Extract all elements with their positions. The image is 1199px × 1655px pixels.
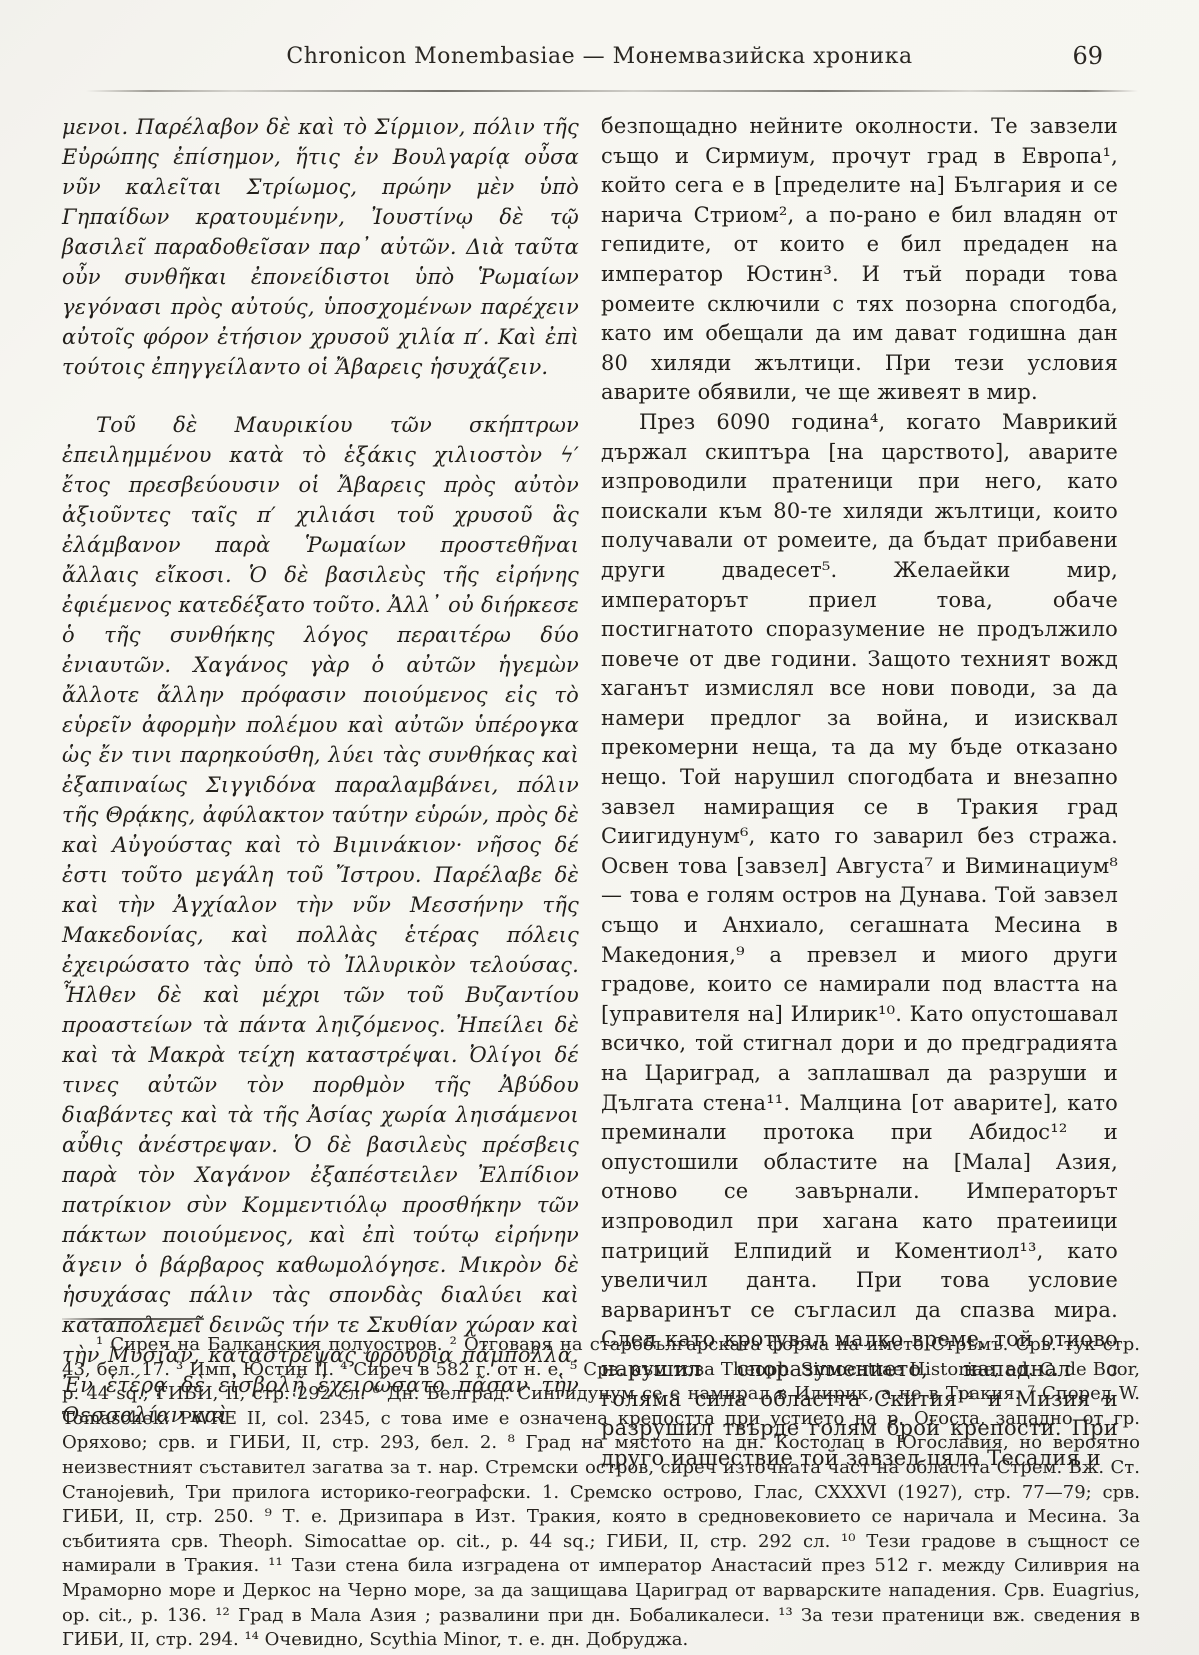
bulgarian-paragraph-2: През 6090 година⁴, когато Маврикий държа… <box>601 408 1118 1473</box>
text-columns: μενοι. Παρέλαβον δὲ καὶ τὸ Σίρμιον, πόλι… <box>62 112 1118 1473</box>
bulgarian-translation-column: безпощадно нейните околности. Те завзели… <box>601 112 1118 1473</box>
footnote-separator <box>62 1318 204 1320</box>
header-rule <box>86 90 1138 92</box>
book-page: Chronicon Monembasiae — Монемвазийска хр… <box>0 0 1199 1655</box>
greek-paragraph-1: μενοι. Παρέλαβον δὲ καὶ τὸ Σίρμιον, πόλι… <box>62 112 579 382</box>
footnotes-block: ¹ Сиреч на Балканския полуостров. ² Отго… <box>62 1333 1140 1653</box>
greek-text-column: μενοι. Παρέλαβον δὲ καὶ τὸ Σίρμιον, πόλι… <box>62 112 579 1473</box>
page-number: 69 <box>1072 42 1103 70</box>
bulgarian-paragraph-1: безпощадно нейните околности. Те завзели… <box>601 112 1118 408</box>
running-title: Chronicon Monembasiae — Монемвазийска хр… <box>0 44 1199 69</box>
greek-paragraph-2: Τοῦ δὲ Μαυρικίου τῶν σκήπτρων ἐπειλημμέν… <box>62 410 579 1430</box>
